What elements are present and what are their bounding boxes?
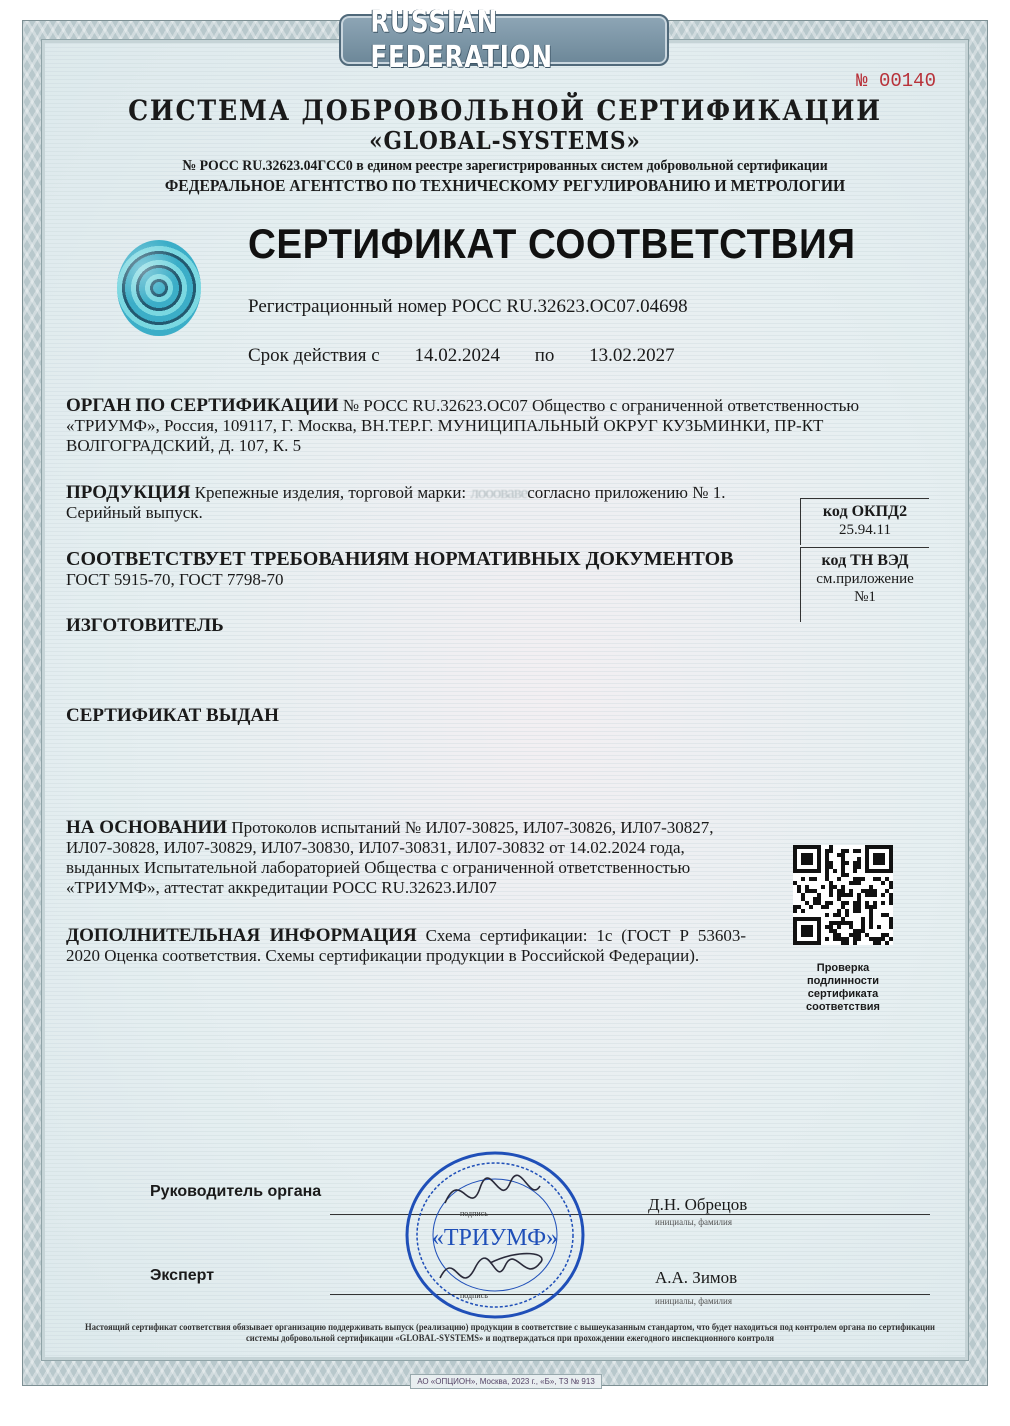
extra-label: ДОПОЛНИТЕЛЬНАЯ ИНФОРМАЦИЯ bbox=[66, 925, 417, 946]
product-label: ПРОДУКЦИЯ bbox=[66, 482, 190, 503]
head-name: Д.Н. Обрецов bbox=[648, 1195, 747, 1215]
conformity-section: СООТВЕТСТВУЕТ ТРЕБОВАНИЯМ НОРМАТИВНЫХ ДО… bbox=[66, 549, 766, 590]
registry-line: № РОСС RU.32623.04ГСС0 в едином реестре … bbox=[40, 158, 969, 175]
validity-label: Срок действия с bbox=[248, 345, 380, 366]
obscured-trademark: лоооваве bbox=[470, 483, 527, 502]
qr-caption-line: соответствия bbox=[778, 1001, 908, 1014]
valid-from: 14.02.2024 bbox=[414, 345, 500, 366]
expert-name: А.А. Зимов bbox=[655, 1268, 737, 1288]
qr-code-icon[interactable] bbox=[793, 845, 893, 945]
okpd-value: 25.94.11 bbox=[839, 522, 891, 538]
okpd-label: код ОКПД2 bbox=[823, 503, 907, 520]
hologram-icon bbox=[117, 240, 201, 336]
tnved-value-2: №1 bbox=[854, 589, 876, 605]
okpd2-code-box: код ОКПД2 25.94.11 bbox=[800, 498, 929, 545]
tnved-code-box: код ТН ВЭД см.приложение №1 bbox=[800, 547, 929, 622]
conform-text: ГОСТ 5915-70, ГОСТ 7798-70 bbox=[66, 570, 284, 589]
svg-text:подпись: подпись bbox=[460, 1209, 488, 1218]
maker-label: ИЗГОТОВИТЕЛЬ bbox=[66, 615, 224, 636]
issued-to-section: СЕРТИФИКАТ ВЫДАН bbox=[66, 706, 279, 726]
agency-name: ФЕДЕРАЛЬНОЕ АГЕНТСТВО ПО ТЕХНИЧЕСКОМУ РЕ… bbox=[40, 176, 969, 196]
registration-number-line: Регистрационный номер РОСС RU.32623.ОС07… bbox=[248, 296, 688, 318]
to-label: по bbox=[535, 345, 555, 366]
russian-federation-banner: RUSSIAN FEDERATION bbox=[339, 14, 669, 66]
banner-text: RUSSIAN FEDERATION bbox=[370, 5, 637, 75]
printer-imprint: АО «ОПЦИОН», Москва, 2023 г., «Б», ТЗ № … bbox=[410, 1374, 602, 1389]
qr-caption-line: Проверка bbox=[778, 962, 908, 975]
manufacturer-section: ИЗГОТОВИТЕЛЬ bbox=[66, 616, 224, 636]
svg-text:подпись: подпись bbox=[460, 1291, 488, 1300]
head-label: Руководитель органа bbox=[150, 1183, 321, 1201]
product-text: Крепежные изделия, торговой марки: bbox=[195, 483, 466, 502]
reg-label: Регистрационный номер bbox=[248, 296, 447, 317]
valid-to: 13.02.2027 bbox=[589, 345, 675, 366]
system-name: «GLOBAL-SYSTEMS» bbox=[51, 126, 960, 155]
certificate-title: СЕРТИФИКАТ СООТВЕТСТВИЯ bbox=[248, 220, 855, 268]
qr-caption: Проверка подлинности сертификата соответ… bbox=[778, 962, 908, 1014]
qr-caption-line: подлинности bbox=[778, 975, 908, 988]
basis-label: НА ОСНОВАНИИ bbox=[66, 817, 227, 838]
qr-caption-line: сертификата bbox=[778, 988, 908, 1001]
product-section: ПРОДУКЦИЯ Крепежные изделия, торговой ма… bbox=[66, 483, 766, 523]
conform-label: СООТВЕТСТВУЕТ ТРЕБОВАНИЯМ НОРМАТИВНЫХ ДО… bbox=[66, 548, 734, 570]
svg-text:«ТРИУМФ»: «ТРИУМФ» bbox=[432, 1225, 558, 1251]
organ-label: ОРГАН ПО СЕРТИФИКАЦИИ bbox=[66, 395, 339, 416]
tnved-label: код ТН ВЭД bbox=[822, 552, 909, 569]
initials-hint: инициалы, фамилия bbox=[655, 1296, 732, 1306]
system-title: СИСТЕМА ДОБРОВОЛЬНОЙ СЕРТИФИКАЦИИ bbox=[51, 94, 960, 127]
tnved-value: см.приложение bbox=[816, 571, 914, 587]
validity-period: Срок действия с 14.02.2024 по 13.02.2027 bbox=[248, 345, 675, 367]
reg-number: РОСС RU.32623.ОС07.04698 bbox=[451, 296, 687, 317]
initials-hint: инициалы, фамилия bbox=[655, 1217, 732, 1227]
stamp-icon: «ТРИУМФ» подпись подпись bbox=[400, 1148, 590, 1322]
serial-number: № 00140 bbox=[856, 70, 936, 92]
footer-notice: Настоящий сертификат соответствия обязыв… bbox=[83, 1322, 938, 1344]
issued-label: СЕРТИФИКАТ ВЫДАН bbox=[66, 705, 279, 726]
additional-info-section: ДОПОЛНИТЕЛЬНАЯ ИНФОРМАЦИЯ Схема сертифик… bbox=[66, 926, 746, 966]
basis-section: НА ОСНОВАНИИ Протоколов испытаний № ИЛ07… bbox=[66, 818, 746, 898]
expert-label: Эксперт bbox=[150, 1267, 214, 1285]
certification-body-section: ОРГАН ПО СЕРТИФИКАЦИИ № РОСС RU.32623.ОС… bbox=[66, 396, 946, 456]
